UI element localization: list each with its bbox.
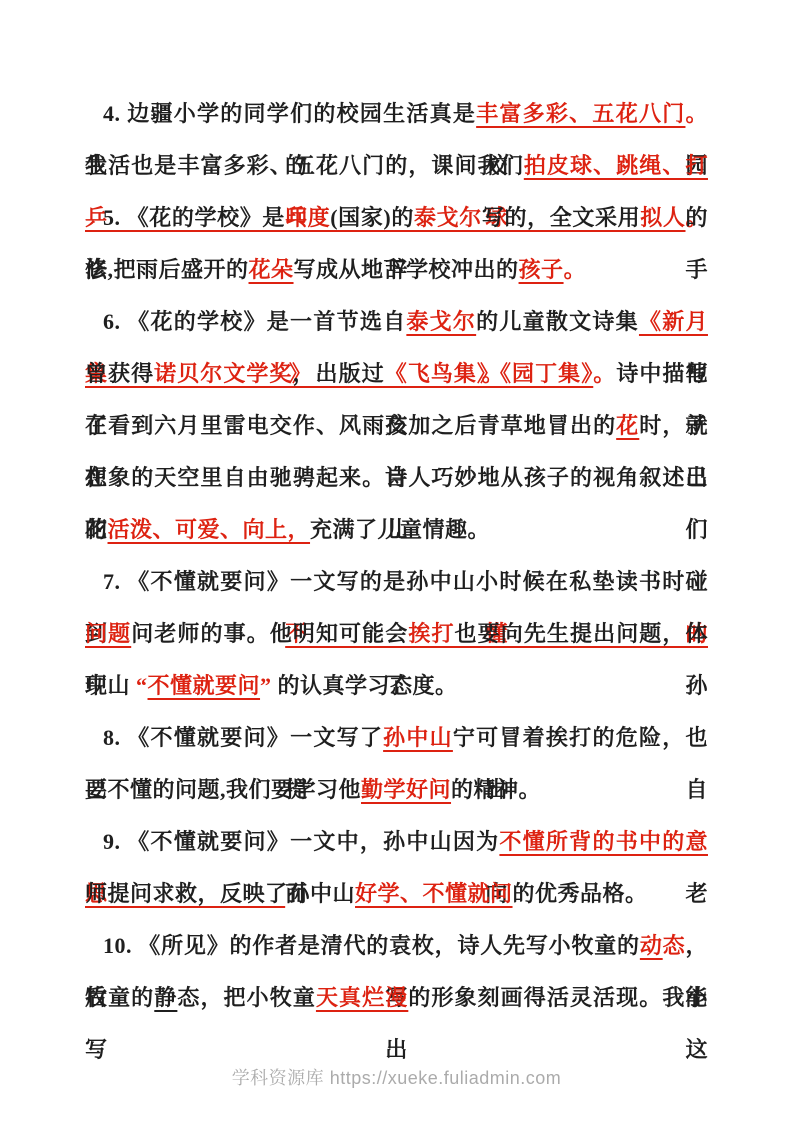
body-text: ，出版过 — [293, 361, 385, 386]
body-text: 问老师的事。他明知可能会 — [131, 621, 408, 646]
text-line: 曾获得诺贝尔文学奖，出版过《飞鸟集》《园丁集》。诗中描写了孩子 — [85, 348, 708, 400]
body-text: 写成从地下学校冲出的 — [294, 257, 519, 282]
highlighted-text: 挨打 — [408, 621, 454, 646]
body-text: 的 — [85, 517, 108, 542]
body-text: 5. 《花的学校》是 — [103, 205, 285, 230]
highlighted-text: 不懂就要问 — [148, 673, 261, 698]
note-item-6: 6. 《花的学校》是一首节选自泰戈尔的儿童散文诗集《新月集》。他曾获得诺贝尔文学… — [85, 296, 708, 556]
highlighted-text: 花 — [616, 413, 639, 438]
body-text: 中山 — [85, 673, 136, 698]
highlighted-text: 。 — [685, 101, 708, 126]
body-text: 9. 《不懂就要问》一文中，孙中山因为 — [103, 829, 499, 854]
body-text: 写的，全文采用 — [482, 205, 640, 230]
body-text: 的认真学习态度。 — [272, 673, 458, 698]
text-line: 6. 《花的学校》是一首节选自泰戈尔的儿童散文诗集《新月集》。他 — [85, 296, 708, 348]
note-item-7: 7. 《不懂就要问》一文写的是孙中山小时候在私垫读书时碰到不懂的问题问老师的事。… — [85, 556, 708, 712]
highlighted-text: 《飞鸟集》《园丁集》 — [385, 361, 594, 386]
highlighted-text: 好学、不懂就问 — [355, 881, 513, 906]
note-item-4: 4. 边疆小学的同学们的校园生活真是丰富多彩、五花八门。我的校园生活也是丰富多彩… — [85, 88, 708, 192]
text-line: 在看到六月里雷电交作、风雨交加之后青草地冒出的花时，就在自己 — [85, 400, 708, 452]
text-line: 10. 《所见》的作者是清代的袁枚，诗人先写小牧童的动态，后写小 — [85, 920, 708, 972]
text-line: 生活也是丰富多彩、五花八门的，课间我们拍皮球、跳绳、打乒乓球。 — [85, 140, 708, 192]
highlighted-text: 。 — [564, 257, 587, 282]
body-text: 生活也是丰富多彩、五花八门的，课间我们 — [85, 153, 524, 178]
body-text: 的精神。 — [451, 777, 541, 802]
highlighted-text: ” — [260, 673, 272, 698]
highlighted-text: 勤学好问 — [361, 777, 451, 802]
highlighted-text: 态 — [663, 933, 686, 958]
highlighted-text: 。 — [593, 361, 616, 386]
highlighted-text: 孙中山 — [383, 725, 453, 750]
highlighted-text: 泰戈尔 — [414, 205, 482, 230]
text-line: 4. 边疆小学的同学们的校园生活真是丰富多彩、五花八门。我的校园 — [85, 88, 708, 140]
highlighted-text: 问题 — [85, 621, 131, 646]
highlighted-text: 活泼、可爱、向上， — [108, 517, 311, 542]
highlighted-text: 孩子 — [519, 257, 564, 282]
text-line: 想象的天空里自由驰骋起来。诗人巧妙地从孩子的视角叙述出花儿们 — [85, 452, 708, 504]
highlighted-text: 天真烂漫 — [316, 985, 408, 1010]
highlighted-text: 丰富多彩、五花八门 — [476, 101, 685, 126]
text-line: 师提问求救，反映了孙中山好学、不懂就问的优秀品格。 — [85, 868, 708, 920]
text-line: 8. 《不懂就要问》一文写了孙中山宁可冒着挨打的危险，也要提出自 — [85, 712, 708, 764]
note-item-10: 10. 《所见》的作者是清代的袁枚，诗人先写小牧童的动态，后写小牧童的静态，把小… — [85, 920, 708, 1024]
body-text: 态，把小牧童 — [177, 985, 316, 1010]
body-text: 4. 边疆小学的同学们的校园生活真是 — [103, 101, 476, 126]
body-text: 法,把雨后盛开的 — [85, 257, 249, 282]
body-text: 静 — [154, 985, 177, 1010]
text-line: 问题问老师的事。他明知可能会挨打也要向先生提出问题，体现了孙 — [85, 608, 708, 660]
document-body: 4. 边疆小学的同学们的校园生活真是丰富多彩、五花八门。我的校园生活也是丰富多彩… — [0, 0, 793, 1024]
text-line: 5. 《花的学校》是印度(国家)的泰戈尔写的，全文采用拟人的修辞手 — [85, 192, 708, 244]
text-line: 7. 《不懂就要问》一文写的是孙中山小时候在私垫读书时碰到不懂的 — [85, 556, 708, 608]
text-line: 9. 《不懂就要问》一文中，孙中山因为不懂所背的书中的意思而向老 — [85, 816, 708, 868]
note-item-5: 5. 《花的学校》是印度(国家)的泰戈尔写的，全文采用拟人的修辞手法,把雨后盛开… — [85, 192, 708, 296]
body-text: 在看到六月里雷电交作、风雨交加之后青草地冒出的 — [85, 413, 616, 438]
note-item-9: 9. 《不懂就要问》一文中，孙中山因为不懂所背的书中的意思而向老师提问求救，反映… — [85, 816, 708, 920]
text-line: 牧童的静态，把小牧童天真烂漫的形象刻画得活灵活现。我能写出这 — [85, 972, 708, 1024]
highlighted-text: 诺贝尔文学奖 — [154, 361, 292, 386]
body-text: 师提问求救，反映了孙中山 — [85, 881, 355, 906]
body-text: 6. 《花的学校》是一首节选自 — [103, 309, 406, 334]
body-text: 己不懂的问题,我们要学习他 — [85, 777, 361, 802]
highlighted-text: 花朵 — [249, 257, 294, 282]
highlighted-text: “ — [136, 673, 148, 698]
body-text: 曾获得 — [85, 361, 154, 386]
body-text: 牧童的 — [85, 985, 154, 1010]
body-text: 10. 《所见》的作者是清代的袁枚，诗人先写小牧童的 — [103, 933, 640, 958]
body-text: 8. 《不懂就要问》一文写了 — [103, 725, 383, 750]
body-text: 的儿童散文诗集 — [476, 309, 639, 334]
body-text: 的优秀品格。 — [513, 881, 648, 906]
body-text: 充满了儿童情趣。 — [310, 517, 490, 542]
highlighted-text: 拟人 — [640, 205, 685, 230]
highlighted-text: 泰戈尔 — [406, 309, 476, 334]
highlighted-text: 印度 — [285, 205, 330, 230]
note-item-8: 8. 《不懂就要问》一文写了孙中山宁可冒着挨打的危险，也要提出自己不懂的问题,我… — [85, 712, 708, 816]
body-text: (国家)的 — [330, 205, 414, 230]
highlighted-text: 动 — [640, 933, 663, 958]
